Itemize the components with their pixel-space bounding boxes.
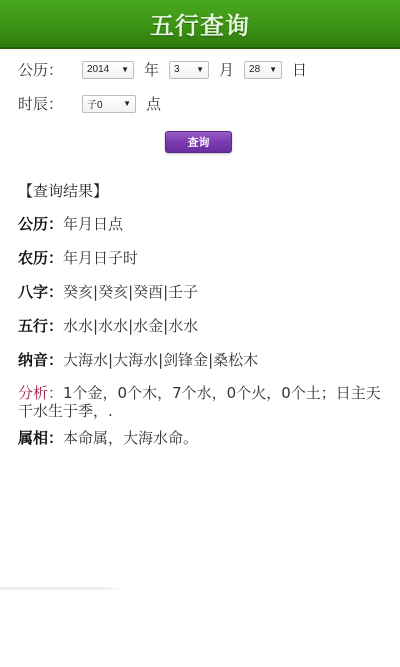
dropdown-arrow-icon: ▼ [121, 65, 129, 74]
result-key: 八字： [18, 283, 63, 301]
result-key: 五行： [18, 317, 63, 335]
result-key: 纳音： [18, 351, 63, 369]
month-value: 3 [174, 64, 180, 75]
result-key: 公历： [18, 215, 63, 233]
dropdown-arrow-icon: ▼ [269, 65, 277, 74]
result-value: 年月日点 [63, 215, 123, 233]
day-select[interactable]: 28 ▼ [244, 61, 282, 79]
day-value: 28 [249, 64, 260, 75]
hour-row: 时辰： 子0 ▼ 点 [18, 93, 171, 114]
result-key: 农历： [18, 249, 63, 267]
result-nayin: 纳音：大海水|大海水|剑锋金|桑松木 [18, 350, 388, 370]
result-key: 分析： [18, 384, 63, 402]
result-value: 本命属，大海水命。 [63, 429, 198, 447]
divider [0, 587, 125, 590]
year-select[interactable]: 2014 ▼ [82, 61, 134, 79]
result-wuxing: 五行：水水|水水|水金|水水 [18, 316, 388, 336]
result-lunar-date: 农历：年月日子时 [18, 248, 388, 268]
result-bazi: 八字：癸亥|癸亥|癸酉|壬子 [18, 282, 388, 302]
app-header: 五行查询 [0, 0, 400, 49]
query-button[interactable]: 查询 [165, 131, 232, 153]
dropdown-arrow-icon: ▼ [123, 99, 131, 108]
month-unit: 月 [219, 59, 234, 80]
page-title: 五行查询 [150, 6, 250, 41]
dropdown-arrow-icon: ▼ [196, 65, 204, 74]
date-label: 公历： [18, 59, 82, 80]
result-solar-date: 公历：年月日点 [18, 214, 388, 234]
results-panel: 【查询结果】 公历：年月日点 农历：年月日子时 八字：癸亥|癸亥|癸酉|壬子 五… [18, 180, 388, 462]
day-unit: 日 [292, 59, 307, 80]
result-value: 1个金，0个木，7个水，0个火，0个土；日主天干水生于季，. [18, 384, 381, 420]
result-zodiac: 属相：本命属，大海水命。 [18, 428, 388, 448]
month-select[interactable]: 3 ▼ [169, 61, 209, 79]
date-row: 公历： 2014 ▼ 年 3 ▼ 月 28 ▼ 日 [18, 59, 317, 80]
hour-label: 时辰： [18, 93, 82, 114]
hour-unit: 点 [146, 93, 161, 114]
results-title: 【查询结果】 [18, 180, 388, 202]
result-value: 大海水|大海水|剑锋金|桑松木 [63, 351, 258, 369]
result-key: 属相： [18, 429, 63, 447]
year-value: 2014 [87, 64, 109, 75]
hour-value: 子0 [87, 96, 103, 111]
result-value: 水水|水水|水金|水水 [63, 317, 198, 335]
hour-select[interactable]: 子0 ▼ [82, 95, 136, 113]
result-value: 年月日子时 [63, 249, 138, 267]
year-unit: 年 [144, 59, 159, 80]
result-value: 癸亥|癸亥|癸酉|壬子 [63, 283, 198, 301]
result-analysis: 分析：1个金，0个木，7个水，0个火，0个土；日主天干水生于季，. [18, 384, 388, 420]
